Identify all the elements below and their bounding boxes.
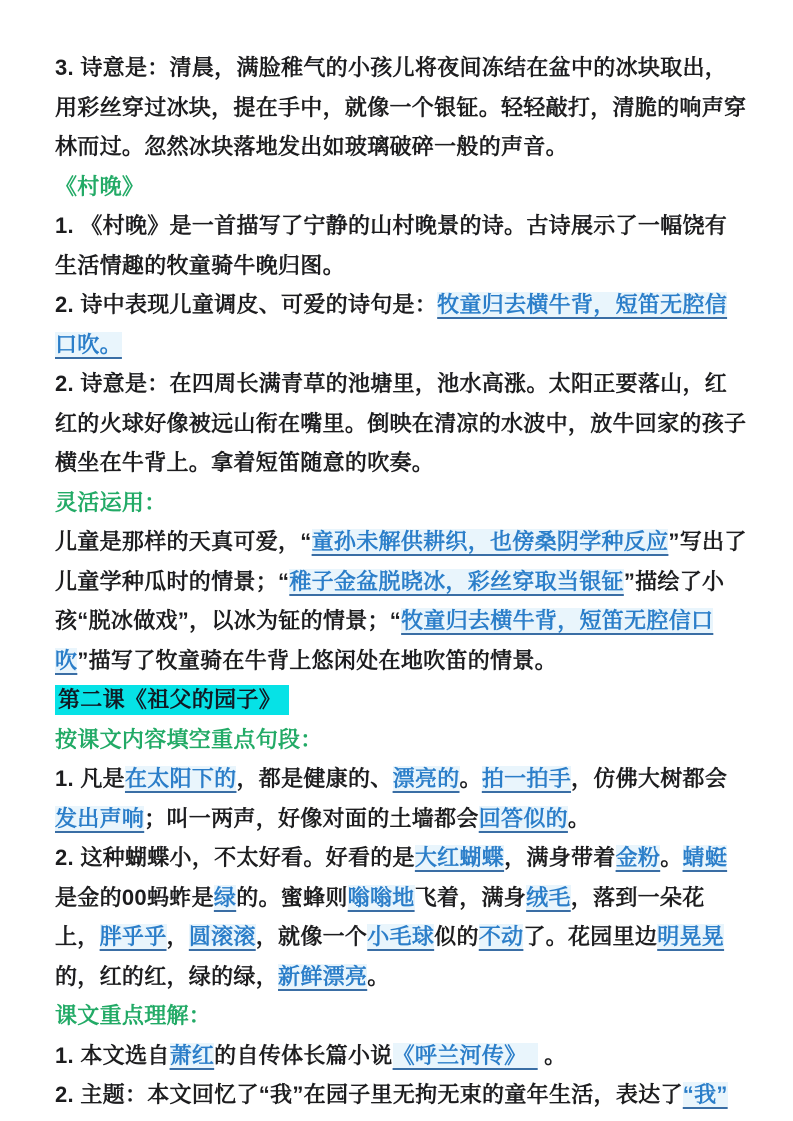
key-point-2: 2. 主题：本文回忆了“我”在园子里无拘无束的童年生活，表达了“我” xyxy=(55,1075,747,1115)
heading-cunwan: 《村晚》 xyxy=(55,167,747,207)
text-segment: ，就像一个 xyxy=(256,924,368,949)
text-segment: 3. 诗意是：清晨，满脸稚气的小孩儿将夜间冻结在盆中的冰块取出，用彩丝穿过冰块，… xyxy=(55,55,746,159)
answer-blank: 明晃晃 xyxy=(657,924,724,949)
text-segment: 2. 诗中表现儿童调皮、可爱的诗句是： xyxy=(55,292,437,317)
text-segment: 2. 主题：本文回忆了“我”在园子里无拘无束的童年生活，表达了 xyxy=(55,1082,683,1107)
text-segment: 似的 xyxy=(434,924,479,949)
text-segment: 1. 凡是 xyxy=(55,766,125,791)
answer-blank: 小毛球 xyxy=(367,924,434,949)
cunwan-meaning: 2. 诗意是：在四周长满青草的池塘里，池水高涨。太阳正要落山，红红的火球好像被远… xyxy=(55,364,747,483)
answer-blank: 萧红 xyxy=(170,1043,215,1068)
text-segment: 。 xyxy=(538,1043,567,1068)
answer-blank: 拍一拍手 xyxy=(482,766,571,791)
document-page: 3. 诗意是：清晨，满脸稚气的小孩儿将夜间冻结在盆中的冰块取出，用彩丝穿过冰块，… xyxy=(0,0,793,1121)
text-segment: 。 xyxy=(660,845,682,870)
text-segment: 按课文内容填空重点句段： xyxy=(55,727,323,752)
answer-blank: “我” xyxy=(683,1082,728,1107)
text-segment: ；叫一两声，好像对面的土墙都会 xyxy=(144,806,479,831)
poem-meaning-zhizi: 3. 诗意是：清晨，满脸稚气的小孩儿将夜间冻结在盆中的冰块取出，用彩丝穿过冰块，… xyxy=(55,48,747,167)
text-segment: 是金的00蚂蚱是 xyxy=(55,885,214,910)
text-segment: 。 xyxy=(460,766,482,791)
text-segment: ，都是健康的、 xyxy=(236,766,392,791)
answer-blank: 蜻蜓 xyxy=(683,845,728,870)
text-segment: 。 xyxy=(568,806,590,831)
fill-in-sentence-2: 2. 这种蝴蝶小，不太好看。好看的是大红蝴蝶，满身带着金粉。蜻蜓是金的00蚂蚱是… xyxy=(55,838,747,996)
heading-key-understanding: 课文重点理解： xyxy=(55,996,747,1036)
text-segment: 的。蜜蜂则 xyxy=(236,885,348,910)
answer-blank: 漂亮的 xyxy=(393,766,460,791)
text-segment: 。 xyxy=(367,964,389,989)
text-segment: 飞着，满身 xyxy=(415,885,527,910)
cunwan-verse-line: 2. 诗中表现儿童调皮、可爱的诗句是：牧童归去横牛背，短笛无腔信口吹。 xyxy=(55,285,747,364)
answer-blank: 回答似的 xyxy=(479,806,568,831)
key-point-1: 1. 本文选自萧红的自传体长篇小说《呼兰河传》 。 xyxy=(55,1036,747,1076)
answer-blank: 《呼兰河传》 xyxy=(393,1043,538,1068)
answer-blank: 胖乎乎 xyxy=(100,924,167,949)
text-segment: ”描写了牧童骑在牛背上悠闲处在地吹笛的情景。 xyxy=(77,648,557,673)
answer-blank: 绿 xyxy=(214,885,236,910)
text-segment: 2. 诗意是：在四周长满青草的池塘里，池水高涨。太阳正要落山，红红的火球好像被远… xyxy=(55,371,746,475)
text-segment: 了。花园里边 xyxy=(523,924,657,949)
text-segment: 的，红的红，绿的绿， xyxy=(55,964,278,989)
text-segment: 《村晚》 xyxy=(55,174,144,199)
heading-fill-in: 按课文内容填空重点句段： xyxy=(55,720,747,760)
text-segment: ，仿佛大树都会 xyxy=(571,766,727,791)
text-segment: 的自传体长篇小说 xyxy=(214,1043,392,1068)
text-segment: ， xyxy=(167,924,189,949)
answer-blank: 稚子金盆脱晓冰，彩丝穿取当银钲 xyxy=(289,569,624,594)
answer-blank: 大红蝴蝶 xyxy=(415,845,504,870)
text-segment: 第二课《祖父的园子》 xyxy=(55,685,289,715)
text-segment: 灵活运用： xyxy=(55,490,167,515)
heading-flexible-use: 灵活运用： xyxy=(55,483,747,523)
answer-blank: 新鲜漂亮 xyxy=(278,964,367,989)
text-segment: 1. 《村晚》是一首描写了宁静的山村晚景的诗。古诗展示了一幅饶有生活情趣的牧童骑… xyxy=(55,213,727,278)
answer-blank: 童孙未解供耕织，也傍桑阴学种反应 xyxy=(312,529,669,554)
answer-blank: 金粉 xyxy=(616,845,661,870)
text-segment: 1. 本文选自 xyxy=(55,1043,170,1068)
text-segment: 2. 这种蝴蝶小，不太好看。好看的是 xyxy=(55,845,415,870)
answer-blank: 在太阳下的 xyxy=(125,766,237,791)
lesson-title: 第二课《祖父的园子》 xyxy=(55,680,747,720)
text-segment: 课文重点理解： xyxy=(55,1003,211,1028)
answer-blank: 圆滚滚 xyxy=(189,924,256,949)
answer-blank: 发出声响 xyxy=(55,806,144,831)
cunwan-intro: 1. 《村晚》是一首描写了宁静的山村晚景的诗。古诗展示了一幅饶有生活情趣的牧童骑… xyxy=(55,206,747,285)
answer-blank: 嗡嗡地 xyxy=(348,885,415,910)
fill-in-sentence-1: 1. 凡是在太阳下的，都是健康的、漂亮的。拍一拍手，仿佛大树都会发出声响；叫一两… xyxy=(55,759,747,838)
text-segment: ，满身带着 xyxy=(504,845,616,870)
text-segment: 儿童是那样的天真可爱，“ xyxy=(55,529,312,554)
answer-blank: 不动 xyxy=(479,924,524,949)
flexible-use-paragraph: 儿童是那样的天真可爱，“童孙未解供耕织，也傍桑阴学种反应”写出了儿童学种瓜时的情… xyxy=(55,522,747,680)
answer-blank: 绒毛 xyxy=(526,885,571,910)
